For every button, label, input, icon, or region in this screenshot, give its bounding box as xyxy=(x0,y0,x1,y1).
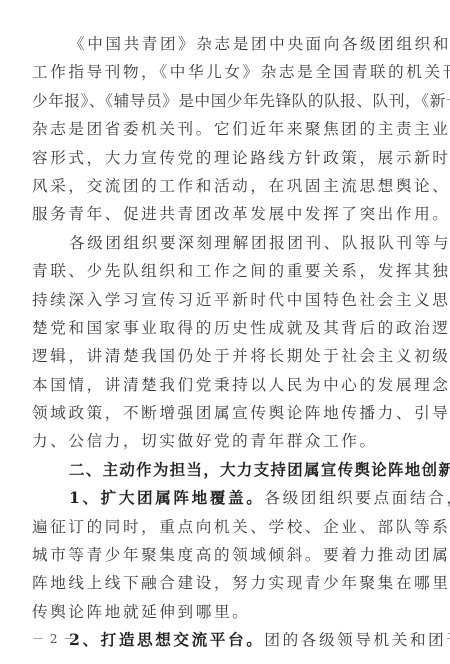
text-line: 少年报》、《辅导员》是中国少年先锋队的队报、队刊，《新一代》 xyxy=(32,87,404,115)
item-2: 2、打造思想交流平台。团的各级领导机关和团干部要强化 xyxy=(32,626,404,654)
text-line: 《中国共青团》杂志是团中央面向各级团组织和广大团干部的 xyxy=(32,30,404,58)
section-heading: 二、主动作为担当，大力支持团属宣传舆论阵地创新发展 xyxy=(32,456,404,484)
text-line: 城市等青少年聚集度高的领域倾斜。要着力推动团属宣传舆论 xyxy=(32,541,404,569)
text-line: 本国情，讲清楚我们党秉持以人民为中心的发展理念出台的各 xyxy=(32,371,404,399)
text-line: 各级团组织要深刻理解团报团刊、队报队刊等与共青团、 xyxy=(32,229,404,257)
text-line: 传舆论阵地就延伸到哪里。 xyxy=(32,598,404,626)
text-line: 楚党和国家事业取得的历史性成就及其背后的政治逻辑和理论 xyxy=(32,314,404,342)
text-line: 领域政策，不断增强团属宣传舆论阵地传播力、引导力、影响 xyxy=(32,399,404,427)
item-title: 1、扩大团属阵地覆盖。 xyxy=(69,488,264,507)
text-line: 工作指导刊物，《中华儿女》杂志是全国青联的机关刊，《中国 xyxy=(32,58,404,86)
text-line: 容形式，大力宣传党的理论路线方针政策，展示新时代青少年 xyxy=(32,144,404,172)
text-line: 遍征订的同时，重点向机关、学校、企业、部队等系统和重点 xyxy=(32,513,404,541)
text-line: 力、公信力，切实做好党的青年群众工作。 xyxy=(32,427,404,455)
document-page: 《中国共青团》杂志是团中央面向各级团组织和广大团干部的 工作指导刊物，《中华儿女… xyxy=(32,30,404,655)
item-text: 各级团组织要点面结合，在抓好普 xyxy=(264,489,450,507)
item-1: 1、扩大团属阵地覆盖。各级团组织要点面结合，在抓好普 遍征订的同时，重点向机关、… xyxy=(32,484,404,626)
text-line: 服务青年、促进共青团改革发展中发挥了突出作用。 xyxy=(32,200,404,228)
text-line: 逻辑，讲清楚我国仍处于并将长期处于社会主义初级阶段的基 xyxy=(32,342,404,370)
text-line: 青联、少先队组织和工作之间的重要关系，发挥其独特功能， xyxy=(32,257,404,285)
page-number: － 2 － xyxy=(32,630,76,647)
text-line: 风采，交流团的工作和活动，在巩固主流思想舆论、组织引导 xyxy=(32,172,404,200)
paragraph-2: 各级团组织要深刻理解团报团刊、队报队刊等与共青团、 青联、少先队组织和工作之间的… xyxy=(32,229,404,456)
text-line: 阵地线上线下融合建设，努力实现青少年聚集在哪里，团属宣 xyxy=(32,569,404,597)
item-title: 2、打造思想交流平台。 xyxy=(69,630,264,649)
text-line: 1、扩大团属阵地覆盖。各级团组织要点面结合，在抓好普 xyxy=(32,484,404,512)
text-line: 持续深入学习宣传习近平新时代中国特色社会主义思想，讲清 xyxy=(32,286,404,314)
text-line: 杂志是团省委机关刊。它们近年来聚焦团的主责主业，创新内 xyxy=(32,115,404,143)
paragraph-1: 《中国共青团》杂志是团中央面向各级团组织和广大团干部的 工作指导刊物，《中华儿女… xyxy=(32,30,404,229)
item-text: 团的各级领导机关和团干部要强化 xyxy=(264,631,450,649)
text-line: 2、打造思想交流平台。团的各级领导机关和团干部要强化 xyxy=(32,626,404,654)
